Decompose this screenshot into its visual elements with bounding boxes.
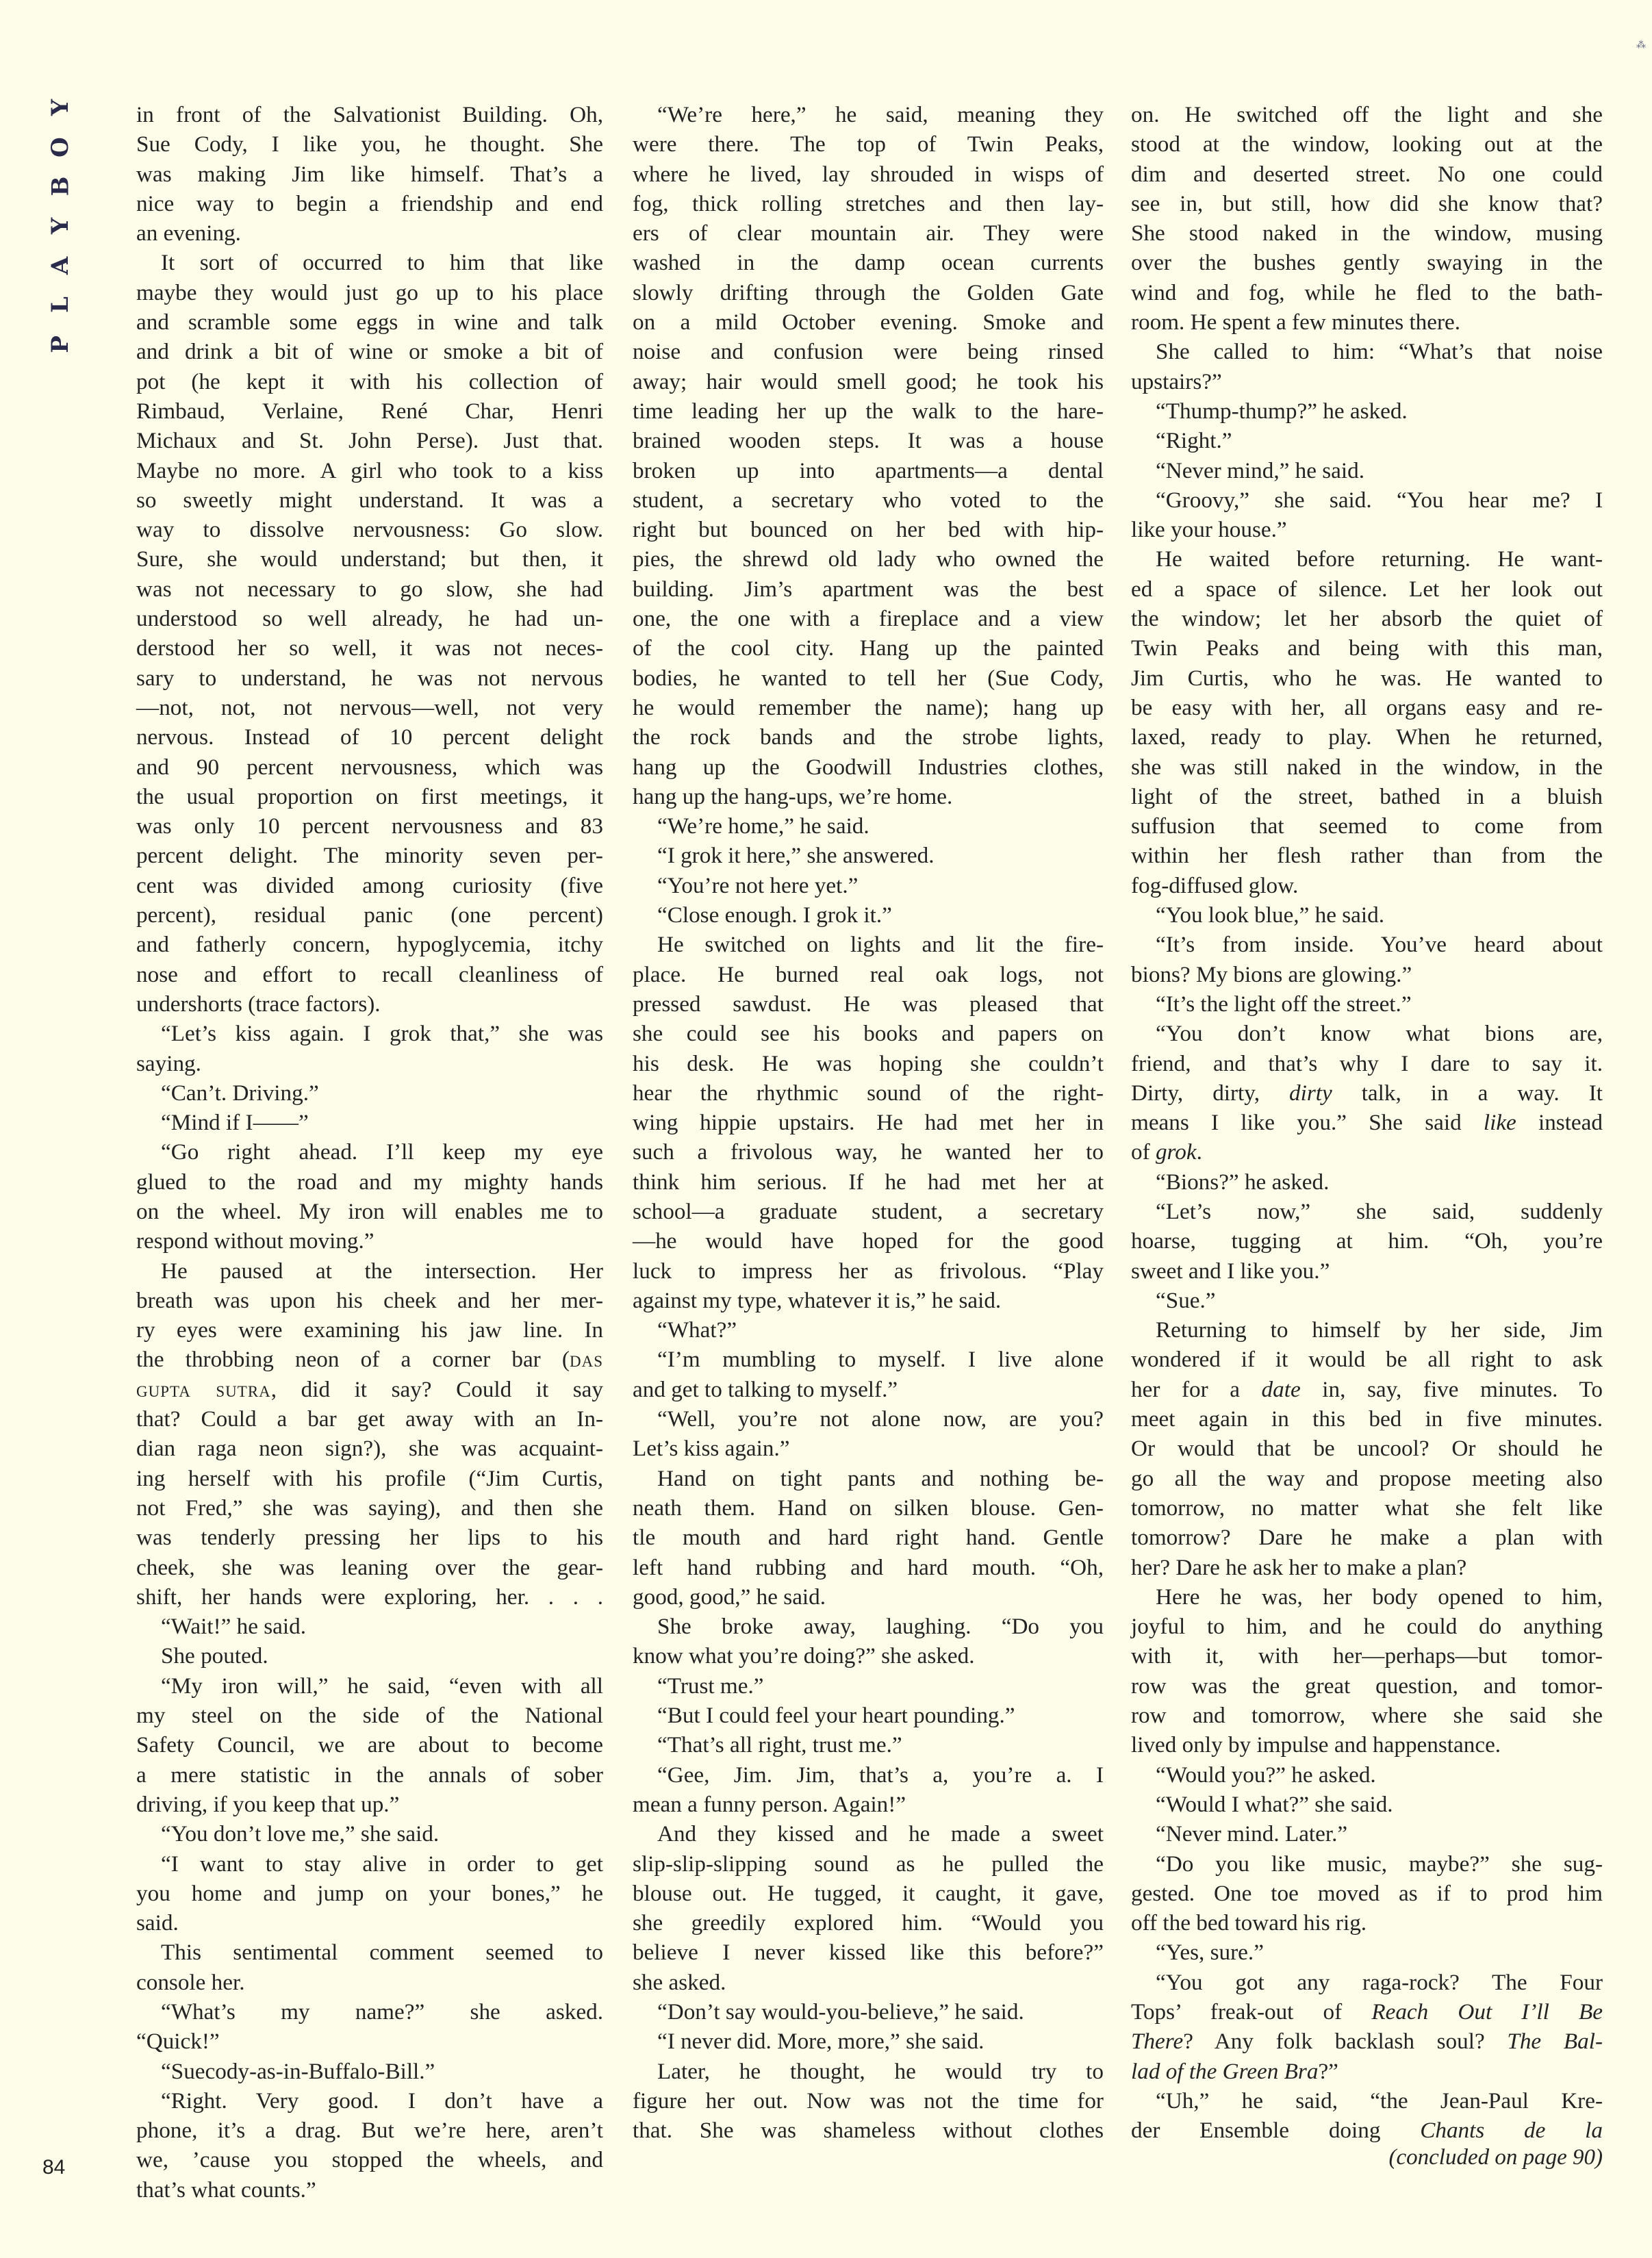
text-line: Michaux and St. John Perse). Just that.: [136, 426, 603, 455]
continued-note: (concluded on page 90): [1131, 2145, 1603, 2170]
text-line: and scramble some eggs in wine and talk: [136, 307, 603, 337]
text-line: “We’re here,” he said, meaning they: [633, 100, 1104, 129]
text-line: tle mouth and hard right hand. Gentle: [633, 1523, 1104, 1552]
text-line: Dirty, dirty, dirty talk, in a way. It: [1131, 1078, 1603, 1108]
text-line: my steel on the side of the National: [136, 1701, 603, 1730]
text-line: of the cool city. Hang up the painted: [633, 633, 1104, 663]
text-line: Rimbaud, Verlaine, René Char, Henri: [136, 396, 603, 426]
text-line: “Mind if I——”: [136, 1108, 603, 1137]
text-line: glued to the road and my mighty hands: [136, 1167, 603, 1197]
text-line: fog, thick rolling stretches and then la…: [633, 189, 1104, 218]
text-line: “We’re home,” he said.: [633, 811, 1104, 841]
text-line: slip-slip-slipping sound as he pulled th…: [633, 1849, 1104, 1879]
article-column-3: on. He switched off the light and shesto…: [1131, 100, 1603, 2145]
text-line: over the bushes gently swaying in the: [1131, 248, 1603, 277]
text-line: “You’re not here yet.”: [633, 871, 1104, 900]
text-line: “That’s all right, trust me.”: [633, 1730, 1104, 1760]
text-line: “Suecody-as-in-Buffalo-Bill.”: [136, 2057, 603, 2086]
masthead-letter: A: [49, 256, 72, 274]
text-line: console her.: [136, 1968, 603, 1997]
text-line: There? Any folk backlash soul? The Bal-: [1131, 2027, 1603, 2056]
text-line: brained wooden steps. It was a house: [633, 426, 1104, 455]
text-line: dian raga neon sign?), she was acquaint-: [136, 1434, 603, 1463]
text-line: luck to impress her as frivolous. “Play: [633, 1256, 1104, 1286]
text-line: lived only by impulse and happenstance.: [1131, 1730, 1603, 1760]
text-line: building. Jim’s apartment was the best: [633, 574, 1104, 604]
text-line: Let’s kiss again.”: [633, 1434, 1104, 1463]
masthead-letter: Y: [49, 99, 72, 116]
text-line: fog-diffused glow.: [1131, 871, 1603, 900]
text-line: “Don’t say would-you-believe,” he said.: [633, 1997, 1104, 2027]
text-line: ing herself with his profile (“Jim Curti…: [136, 1464, 603, 1493]
text-line: broken up into apartments—a dental: [633, 456, 1104, 485]
masthead-letter: P: [49, 335, 72, 353]
text-line: This sentimental comment seemed to: [136, 1938, 603, 1967]
text-line: “Trust me.”: [633, 1671, 1104, 1701]
corner-mark: ⁂: [1636, 41, 1643, 60]
text-line: “What’s my name?” she asked.: [136, 1997, 603, 2027]
text-line: tomorrow, no matter what she felt like: [1131, 1493, 1603, 1523]
text-line: “Thump-thump?” he asked.: [1131, 396, 1603, 426]
text-line: “Let’s now,” she said, suddenly: [1131, 1197, 1603, 1226]
text-line: “My iron will,” he said, “even with all: [136, 1671, 603, 1701]
text-line: Twin Peaks and being with this man,: [1131, 633, 1603, 663]
text-line: be easy with her, all organs easy and re…: [1131, 693, 1603, 722]
text-line: “Right.”: [1131, 426, 1603, 455]
text-line: an evening.: [136, 218, 603, 248]
text-line: time leading her up the walk to the hare…: [633, 396, 1104, 426]
text-line: washed in the damp ocean currents: [633, 248, 1104, 277]
text-line: her for a date in, say, five minutes. To: [1131, 1375, 1603, 1404]
text-line: pies, the shrewd old lady who owned the: [633, 544, 1104, 574]
text-line: “Close enough. I grok it.”: [633, 900, 1104, 930]
masthead-letter: B: [49, 177, 72, 196]
text-line: “Sue.”: [1131, 1286, 1603, 1315]
text-line: upstairs?”: [1131, 367, 1603, 396]
text-line: she could see his books and papers on: [633, 1019, 1104, 1048]
text-line: He paused at the intersection. Her: [136, 1256, 603, 1286]
text-line: means I like you.” She said like instead: [1131, 1108, 1603, 1137]
text-line: believe I never kissed like this before?…: [633, 1938, 1104, 1967]
text-line: Or would that be uncool? Or should he: [1131, 1434, 1603, 1463]
text-line: hang up the Goodwill Industries clothes,: [633, 752, 1104, 782]
text-line: we, ’cause you stopped the wheels, and: [136, 2145, 603, 2174]
text-line: Returning to himself by her side, Jim: [1131, 1315, 1603, 1345]
masthead-letter: L: [49, 296, 72, 313]
text-line: breath was upon his cheek and her mer-: [136, 1286, 603, 1315]
page-number: 84: [42, 2156, 65, 2179]
text-line: think him serious. If he had met her at: [633, 1167, 1104, 1197]
text-line: He waited before returning. He want-: [1131, 544, 1603, 574]
text-line: you home and jump on your bones,” he: [136, 1879, 603, 1908]
text-line: like your house.”: [1131, 515, 1603, 544]
text-line: Sure, she would understand; but then, it: [136, 544, 603, 574]
text-line: joyful to him, and he could do anything: [1131, 1612, 1603, 1641]
text-line: in front of the Salvationist Building. O…: [136, 100, 603, 129]
text-line: wondered if it would be all right to ask: [1131, 1345, 1603, 1374]
text-line: “Quick!”: [136, 2027, 603, 2056]
text-line: left hand rubbing and hard mouth. “Oh,: [633, 1553, 1104, 1582]
text-line: ed a space of silence. Let her look out: [1131, 574, 1603, 604]
text-line: and drink a bit of wine or smoke a bit o…: [136, 337, 603, 366]
text-line: with it, with her—perhaps—but tomor-: [1131, 1641, 1603, 1671]
text-line: on. He switched off the light and she: [1131, 100, 1603, 129]
text-line: Sue Cody, I like you, he thought. She: [136, 129, 603, 159]
text-line: light of the street, bathed in a bluish: [1131, 782, 1603, 811]
text-line: figure her out. Now was not the time for: [633, 2086, 1104, 2116]
text-line: off the bed toward his rig.: [1131, 1908, 1603, 1938]
text-line: “I grok it here,” she answered.: [633, 841, 1104, 870]
text-line: student, a secretary who voted to the: [633, 485, 1104, 515]
text-line: that? Could a bar get away with an In-: [136, 1404, 603, 1434]
text-line: “Never mind. Later.”: [1131, 1819, 1603, 1849]
text-line: nose and effort to recall cleanliness of: [136, 960, 603, 989]
text-line: She broke away, laughing. “Do you: [633, 1612, 1104, 1641]
text-line: “Would I what?” she said.: [1131, 1790, 1603, 1819]
text-line: hear the rhythmic sound of the right-: [633, 1078, 1104, 1108]
text-line: dim and deserted street. No one could: [1131, 160, 1603, 189]
masthead-letter: O: [49, 137, 72, 157]
text-line: Here he was, her body opened to him,: [1131, 1582, 1603, 1612]
text-line: were there. The top of Twin Peaks,: [633, 129, 1104, 159]
text-line: her? Dare he ask her to make a plan?: [1131, 1553, 1603, 1582]
article-column-1: in front of the Salvationist Building. O…: [136, 100, 603, 2205]
text-line: and get to talking to myself.”: [633, 1375, 1104, 1404]
text-line: “Right. Very good. I don’t have a: [136, 2086, 603, 2116]
text-line: “I’m mumbling to myself. I live alone: [633, 1345, 1104, 1374]
text-line: “Gee, Jim. Jim, that’s a, you’re a. I: [633, 1760, 1104, 1790]
text-line: cheek, she was leaning over the gear-: [136, 1553, 603, 1582]
text-line: percent), residual panic (one percent): [136, 900, 603, 930]
text-line: said.: [136, 1908, 603, 1938]
text-line: nervous. Instead of 10 percent delight: [136, 722, 603, 752]
text-line: blouse out. He tugged, it caught, it gav…: [633, 1879, 1104, 1908]
text-line: gupta sutra, did it say? Could it say: [136, 1375, 603, 1404]
text-line: that. She was shameless without clothes: [633, 2116, 1104, 2145]
text-line: she asked.: [633, 1968, 1104, 1997]
text-line: undershorts (trace factors).: [136, 989, 603, 1019]
text-line: such a frivolous way, he wanted her to: [633, 1137, 1104, 1167]
text-line: And they kissed and he made a sweet: [633, 1819, 1104, 1849]
text-line: derstood her so well, it was not neces-: [136, 633, 603, 663]
text-line: “Wait!” he said.: [136, 1612, 603, 1641]
text-line: ers of clear mountain air. They were: [633, 218, 1104, 248]
text-line: Hand on tight pants and nothing be-: [633, 1464, 1104, 1493]
text-line: percent delight. The minority seven per-: [136, 841, 603, 870]
magazine-name-vertical: PLAYBOY: [40, 96, 81, 356]
text-line: wing hippie upstairs. He had met her in: [633, 1108, 1104, 1137]
text-line: ry eyes were examining his jaw line. In: [136, 1315, 603, 1345]
text-line: place. He burned real oak logs, not: [633, 960, 1104, 989]
text-line: of grok.: [1131, 1137, 1603, 1167]
text-line: hoarse, tugging at him. “Oh, you’re: [1131, 1226, 1603, 1256]
text-line: so sweetly might understand. It was a: [136, 485, 603, 515]
text-line: “Bions?” he asked.: [1131, 1167, 1603, 1197]
text-line: a mere statistic in the annals of sober: [136, 1760, 603, 1790]
text-line: understood so well already, he had un-: [136, 604, 603, 633]
text-line: cent was divided among curiosity (five: [136, 871, 603, 900]
text-line: —he would have hoped for the good: [633, 1226, 1104, 1256]
text-line: slowly drifting through the Golden Gate: [633, 278, 1104, 307]
text-line: sary to understand, he was not nervous: [136, 663, 603, 693]
text-line: lad of the Green Bra?”: [1131, 2057, 1603, 2086]
text-line: row and tomorrow, where she said she: [1131, 1701, 1603, 1730]
text-line: wind and fog, while he fled to the bath-: [1131, 278, 1603, 307]
text-line: “I never did. More, more,” she said.: [633, 2027, 1104, 2056]
text-line: go all the way and propose meeting also: [1131, 1464, 1603, 1493]
text-line: the usual proportion on first meetings, …: [136, 782, 603, 811]
text-line: respond without moving.”: [136, 1226, 603, 1256]
text-line: “Let’s kiss again. I grok that,” she was: [136, 1019, 603, 1048]
text-line: against my type, whatever it is,” he sai…: [633, 1286, 1104, 1315]
text-line: on the wheel. My iron will enables me to: [136, 1197, 603, 1226]
text-line: It sort of occurred to him that like: [136, 248, 603, 277]
text-line: the throbbing neon of a corner bar (das: [136, 1345, 603, 1374]
text-line: that’s what counts.”: [136, 2175, 603, 2205]
text-line: the rock bands and the strobe lights,: [633, 722, 1104, 752]
text-line: pressed sawdust. He was pleased that: [633, 989, 1104, 1019]
text-line: pot (he kept it with his collection of: [136, 367, 603, 396]
text-line: was making Jim like himself. That’s a: [136, 160, 603, 189]
text-line: She pouted.: [136, 1641, 603, 1671]
text-line: “Uh,” he said, “the Jean-Paul Kre-: [1131, 2086, 1603, 2116]
text-line: driving, if you keep that up.”: [136, 1790, 603, 1819]
text-line: neath them. Hand on silken blouse. Gen-: [633, 1493, 1104, 1523]
text-line: his desk. He was hoping she couldn’t: [633, 1049, 1104, 1078]
text-line: tomorrow? Dare he make a plan with: [1131, 1523, 1603, 1552]
masthead-letter: Y: [49, 218, 72, 234]
text-line: “Can’t. Driving.”: [136, 1078, 603, 1108]
text-line: She stood naked in the window, musing: [1131, 218, 1603, 248]
text-line: “You don’t know what bions are,: [1131, 1019, 1603, 1048]
text-line: sweet and I like you.”: [1131, 1256, 1603, 1286]
text-line: and fatherly concern, hypoglycemia, itch…: [136, 930, 603, 959]
text-line: row was the great question, and tomor-: [1131, 1671, 1603, 1701]
text-line: the window; let her absorb the quiet of: [1131, 604, 1603, 633]
text-line: bions? My bions are glowing.”: [1131, 960, 1603, 989]
text-line: friend, and that’s why I dare to say it.: [1131, 1049, 1603, 1078]
text-line: “But I could feel your heart pounding.”: [633, 1701, 1104, 1730]
text-line: she was still naked in the window, in th…: [1131, 752, 1603, 782]
text-line: know what you’re doing?” she asked.: [633, 1641, 1104, 1671]
text-line: see in, but still, how did she know that…: [1131, 189, 1603, 218]
text-line: “Yes, sure.”: [1131, 1938, 1603, 1967]
text-line: “Groovy,” she said. “You hear me? I: [1131, 485, 1603, 515]
text-line: shift, her hands were exploring, her. . …: [136, 1582, 603, 1612]
text-line: “Would you?” he asked.: [1131, 1760, 1603, 1790]
text-line: “You look blue,” he said.: [1131, 900, 1603, 930]
text-line: “I want to stay alive in order to get: [136, 1849, 603, 1879]
text-line: she greedily explored him. “Would you: [633, 1908, 1104, 1938]
text-line: der Ensemble doing Chants de la: [1131, 2116, 1603, 2145]
text-line: suffusion that seemed to come from: [1131, 811, 1603, 841]
text-line: saying.: [136, 1049, 603, 1078]
text-line: Safety Council, we are about to become: [136, 1730, 603, 1760]
text-line: not Fred,” she was saying), and then she: [136, 1493, 603, 1523]
text-line: He switched on lights and lit the fire-: [633, 930, 1104, 959]
text-line: school—a graduate student, a secretary: [633, 1197, 1104, 1226]
text-line: Maybe no more. A girl who took to a kiss: [136, 456, 603, 485]
text-line: Tops’ freak-out of Reach Out I’ll Be: [1131, 1997, 1603, 2027]
text-line: meet again in this bed in five minutes.: [1131, 1404, 1603, 1434]
text-line: room. He spent a few minutes there.: [1131, 307, 1603, 337]
text-line: he would remember the name); hang up: [633, 693, 1104, 722]
text-line: was tenderly pressing her lips to his: [136, 1523, 603, 1552]
text-line: right but bounced on her bed with hip-: [633, 515, 1104, 544]
text-line: one, the one with a fireplace and a view: [633, 604, 1104, 633]
text-line: —not, not, not nervous—well, not very: [136, 693, 603, 722]
text-line: within her flesh rather than from the: [1131, 841, 1603, 870]
text-line: laxed, ready to play. When he returned,: [1131, 722, 1603, 752]
text-line: “It’s from inside. You’ve heard about: [1131, 930, 1603, 959]
text-line: “Go right ahead. I’ll keep my eye: [136, 1137, 603, 1167]
text-line: was not necessary to go slow, she had: [136, 574, 603, 604]
text-line: “What?”: [633, 1315, 1104, 1345]
text-line: where he lived, lay shrouded in wisps of: [633, 160, 1104, 189]
article-column-2: “We’re here,” he said, meaning theywere …: [633, 100, 1104, 2145]
text-line: mean a funny person. Again!”: [633, 1790, 1104, 1819]
text-line: hang up the hang-ups, we’re home.: [633, 782, 1104, 811]
text-line: “Never mind,” he said.: [1131, 456, 1603, 485]
text-line: “You don’t love me,” she said.: [136, 1819, 603, 1849]
text-line: “Well, you’re not alone now, are you?: [633, 1404, 1104, 1434]
text-line: phone, it’s a drag. But we’re here, aren…: [136, 2116, 603, 2145]
text-line: and 90 percent nervousness, which was: [136, 752, 603, 782]
text-line: gested. One toe moved as if to prod him: [1131, 1879, 1603, 1908]
text-line: stood at the window, looking out at the: [1131, 129, 1603, 159]
text-line: “You got any raga-rock? The Four: [1131, 1968, 1603, 1997]
text-line: was only 10 percent nervousness and 83: [136, 811, 603, 841]
text-line: “Do you like music, maybe?” she sug-: [1131, 1849, 1603, 1879]
text-line: away; hair would smell good; he took his: [633, 367, 1104, 396]
text-line: nice way to begin a friendship and end: [136, 189, 603, 218]
text-line: noise and confusion were being rinsed: [633, 337, 1104, 366]
text-line: on a mild October evening. Smoke and: [633, 307, 1104, 337]
text-line: She called to him: “What’s that noise: [1131, 337, 1603, 366]
text-line: Jim Curtis, who he was. He wanted to: [1131, 663, 1603, 693]
text-line: way to dissolve nervousness: Go slow.: [136, 515, 603, 544]
text-line: bodies, he wanted to tell her (Sue Cody,: [633, 663, 1104, 693]
text-line: good, good,” he said.: [633, 1582, 1104, 1612]
text-line: Later, he thought, he would try to: [633, 2057, 1104, 2086]
text-line: maybe they would just go up to his place: [136, 278, 603, 307]
text-line: “It’s the light off the street.”: [1131, 989, 1603, 1019]
